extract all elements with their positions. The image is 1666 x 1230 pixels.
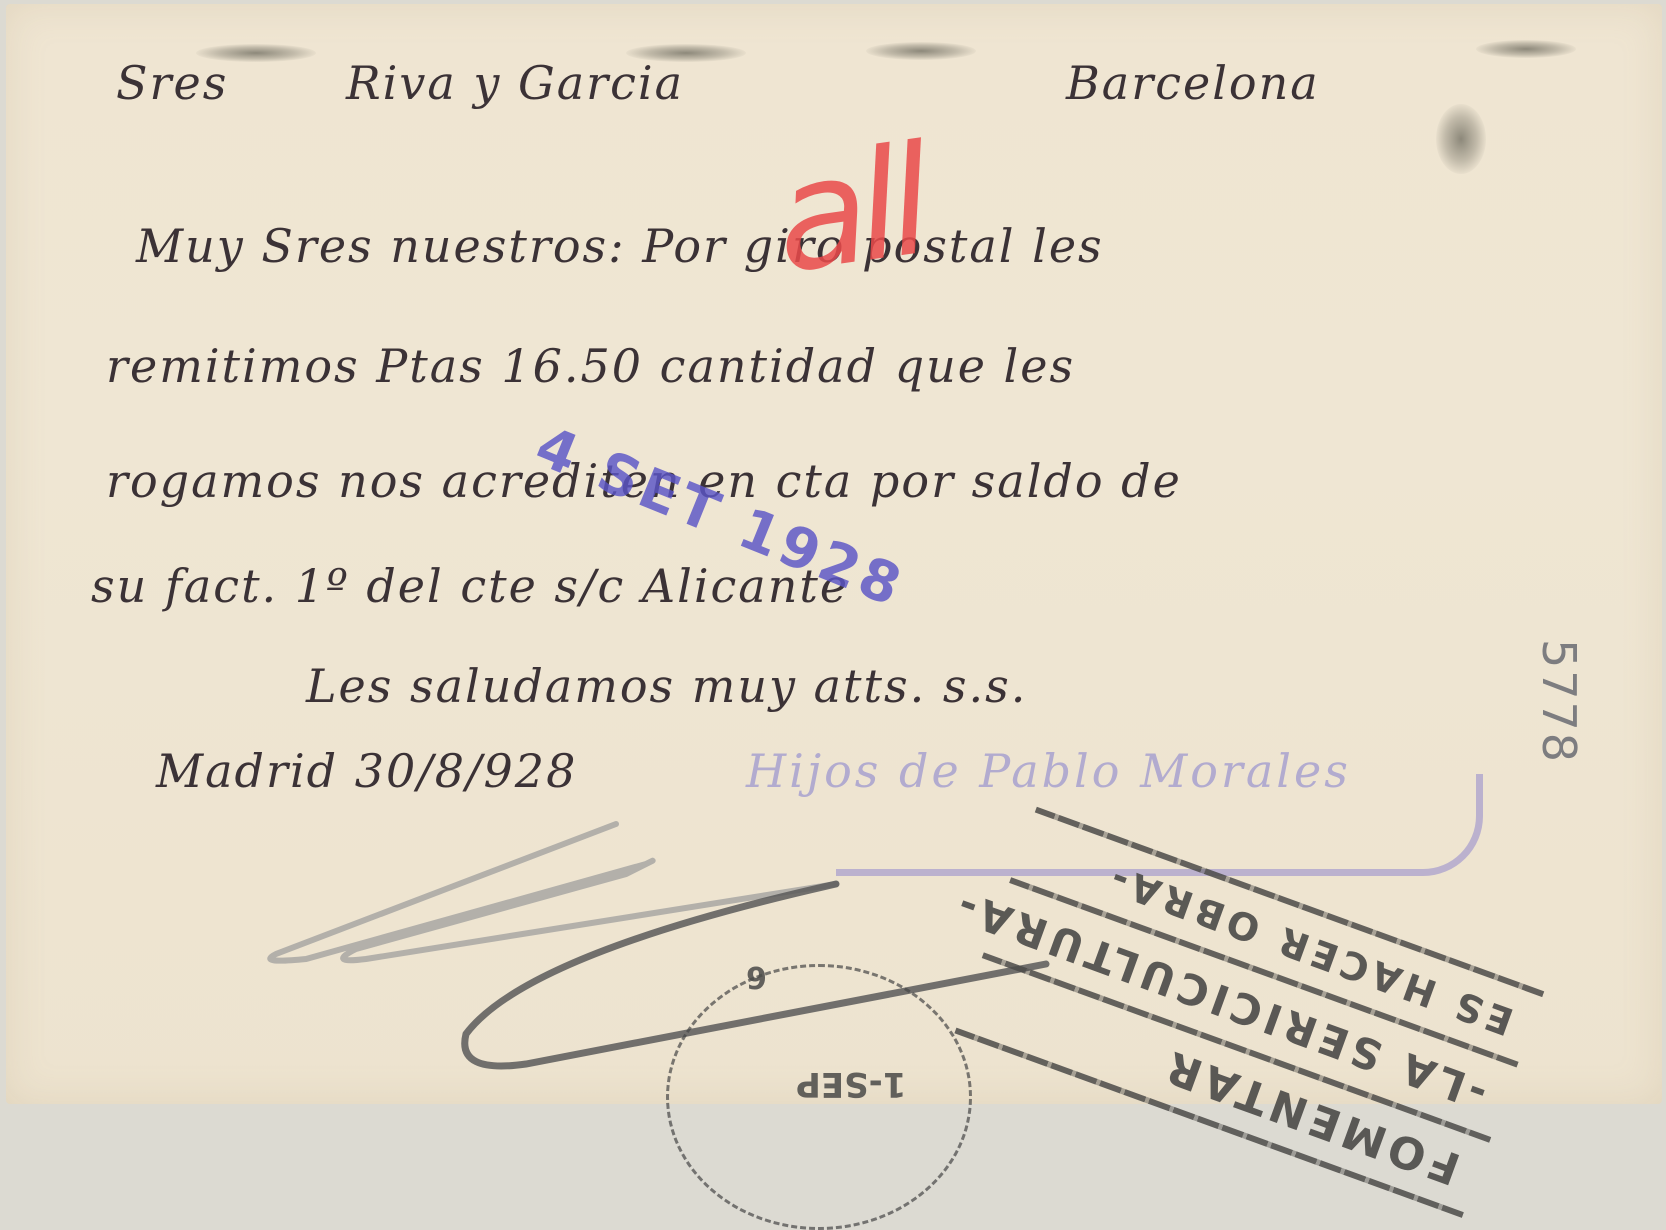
postmark-date: 1-SEP [796,1064,906,1104]
postmark-digit: 6 [746,959,767,994]
postcard: Sres Riva y Garcia Barcelona Muy Sres nu… [6,4,1662,1104]
